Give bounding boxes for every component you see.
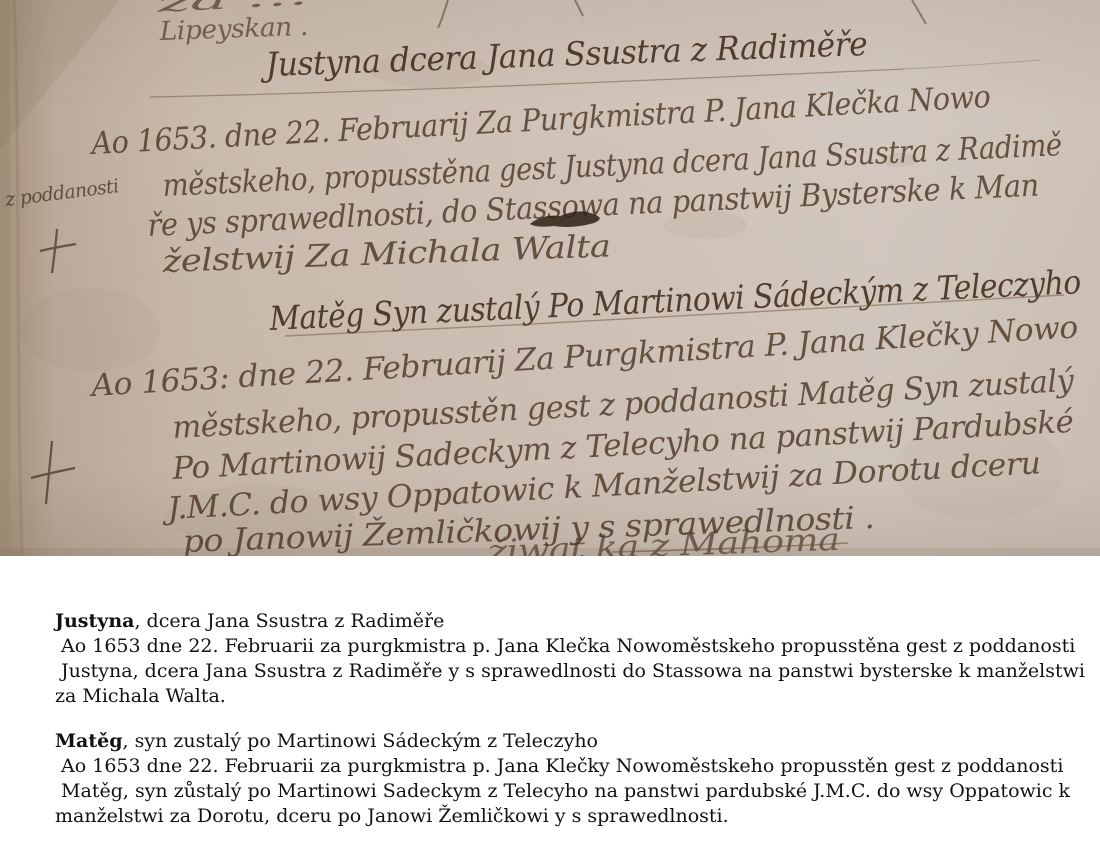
manuscript-photo: za …Lipeyskan .Justyna dcera Jana Ssustr… <box>0 0 1100 556</box>
entry-text-line: za Michala Walta. <box>55 684 1065 709</box>
transcription-entry: Matěg, syn zustalý po Martinowi Sádeckým… <box>55 729 1065 829</box>
manuscript-image: za …Lipeyskan .Justyna dcera Jana Ssustr… <box>0 0 1100 556</box>
entry-title-rest: , syn zustalý po Martinowi Sádeckým z Te… <box>123 730 599 752</box>
transcription-entry: Justyna, dcera Jana Ssustra z Radiměře A… <box>55 609 1065 709</box>
entry-text-line: manželstwi za Dorotu, dceru po Janowi Že… <box>55 804 1065 829</box>
entry-title-rest: , dcera Jana Ssustra z Radiměře <box>134 610 444 632</box>
entry-text-line: Ao 1653 dne 22. Februarii za purgkmistra… <box>55 754 1065 779</box>
photo-bottom-shadow <box>0 548 1100 556</box>
person-name: Matěg <box>55 730 123 752</box>
entry-title: Matěg, syn zustalý po Martinowi Sádeckým… <box>55 729 1065 754</box>
manuscript-line: Lipeyskan . <box>158 12 308 47</box>
page: za …Lipeyskan .Justyna dcera Jana Ssustr… <box>0 0 1100 867</box>
entry-text-line: Justyna, dcera Jana Ssustra z Radiměře y… <box>55 659 1065 684</box>
transcription-block: Justyna, dcera Jana Ssustra z Radiměře A… <box>55 609 1065 829</box>
entry-title: Justyna, dcera Jana Ssustra z Radiměře <box>55 609 1065 634</box>
entry-text-line: Matěg, syn zůstalý po Martinowi Sadeckym… <box>55 779 1065 804</box>
person-name: Justyna <box>55 610 134 632</box>
entry-text-line: Ao 1653 dne 22. Februarii za purgkmistra… <box>55 634 1065 659</box>
